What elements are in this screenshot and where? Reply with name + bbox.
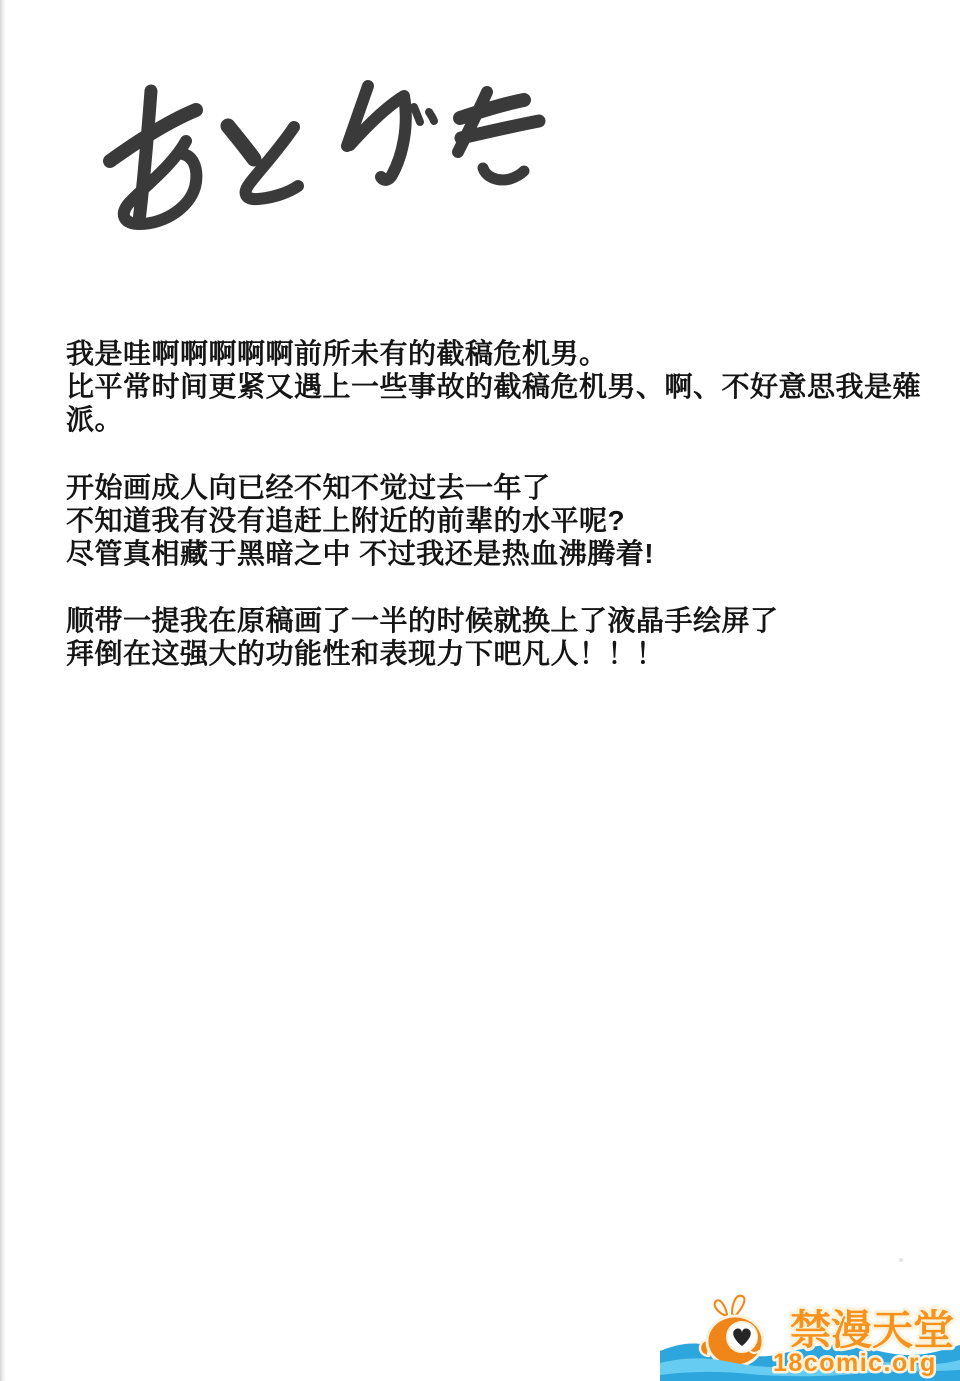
kana-ga xyxy=(347,86,434,180)
afterword-line: 比平常时间更紧又遇上一些事故的截稿危机男、啊、不好意思我是薙派。 xyxy=(66,370,936,436)
site-watermark: 禁漫天堂 18comic.org xyxy=(660,1281,960,1381)
watermark-site-name: 禁漫天堂 xyxy=(790,1307,954,1353)
watermark-site-url: 18comic.org xyxy=(773,1349,937,1377)
watermark-graphic: 禁漫天堂 18comic.org xyxy=(660,1281,960,1381)
scanned-page: あとがき xyxy=(0,0,960,1381)
scan-edge-shadow xyxy=(0,0,6,1381)
scan-speck xyxy=(899,1258,903,1262)
kana-a xyxy=(110,91,196,224)
afterword-line: 我是哇啊啊啊啊啊前所未有的截稿危机男。 xyxy=(66,337,936,370)
afterword-line: 拜倒在这强大的功能性和表现力下吧凡人！！！ xyxy=(66,637,936,670)
afterword-title-handwriting xyxy=(95,70,555,240)
afterword-line: 开始画成人向已经不知不觉过去一年了 xyxy=(66,471,936,504)
kana-ki xyxy=(458,92,539,180)
afterword-line: 不知道我有没有追赶上附近的前辈的水平呢? xyxy=(66,504,936,537)
afterword-line: 尽管真相藏于黑暗之中 不过我还是热血沸腾着! xyxy=(66,537,936,570)
afterword-text: 我是哇啊啊啊啊啊前所未有的截稿危机男。 比平常时间更紧又遇上一些事故的截稿危机男… xyxy=(66,337,936,670)
kana-to xyxy=(228,126,298,199)
afterword-line: 顺带一提我在原稿画了一半的时候就换上了液晶手绘屏了 xyxy=(66,604,936,637)
